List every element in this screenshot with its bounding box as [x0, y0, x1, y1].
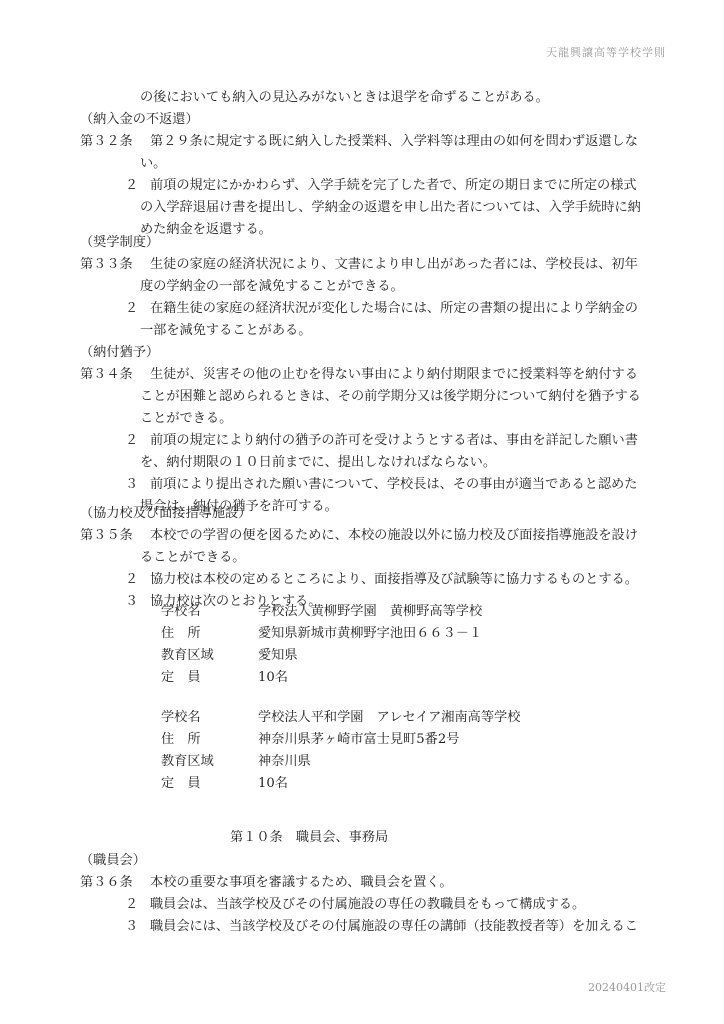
field-label: 学校名 [161, 603, 201, 621]
field-label: 住 所 [161, 625, 201, 643]
article-number: 第３６条 [80, 874, 133, 892]
paragraph-number: ２ [125, 300, 138, 318]
text-line: の後においても納入の見込みがないときは退学を命ずることがある。 [140, 89, 549, 107]
article-caption: （奨学制度） [80, 234, 159, 252]
text-line: ことができる。 [140, 410, 232, 428]
text-line: い。 [140, 155, 166, 173]
text-line: ことが困難と認められるときは、その前学期分又は後学期分について納付を猶予する [140, 388, 641, 406]
paragraph-number: ３ [125, 918, 138, 936]
text-line: ることができる。 [140, 549, 246, 567]
text-line: 職員会は、当該学校及びその付属施設の専任の教職員をもって構成する。 [150, 896, 585, 914]
text-line: 本校の重要な事項を審議するため、職員会を置く。 [150, 874, 453, 892]
article-caption: （職員会） [80, 852, 146, 870]
field-label: 住 所 [161, 731, 201, 749]
field-label: 学校名 [161, 709, 201, 727]
field-value: 10名 [258, 775, 288, 793]
text-line: 職員会には、当該学校及びその付属施設の専任の講師（技能教授者等）を加えるこ [150, 918, 638, 936]
field-value: 10名 [258, 669, 288, 687]
field-label: 教育区域 [161, 753, 214, 771]
field-value: 愛知県 [258, 647, 298, 665]
field-value: 神奈川県茅ヶ崎市富士見町5番2号 [258, 731, 459, 749]
article-caption: （納入金の不返還） [80, 111, 199, 129]
page-footer: 20240401改定 [588, 979, 666, 995]
paragraph-number: ３ [125, 476, 138, 494]
text-line: 度の学納金の一部を減免することができる。 [140, 278, 404, 296]
text-line: 生徒が、災害その他の止むを得ない事由により納付期限までに授業料等を納付する [150, 366, 638, 384]
article-caption: （納付猶予） [80, 344, 159, 362]
text-line: 一部を減免することがある。 [140, 322, 311, 340]
text-line: 前項により提出された願い書について、学校長は、その事由が適当であると認めた [150, 476, 637, 494]
text-line: を、納付期限の１０日前までに、提出しなければならない。 [140, 454, 496, 472]
text-line: 第２９条に規定する既に納入した授業料、入学料等は理由の如何を問わず返還しな [150, 133, 638, 151]
article-number: 第３２条 [80, 133, 133, 151]
paragraph-number: ２ [125, 177, 138, 195]
article-number: 第３４条 [80, 366, 133, 384]
text-line: めた納金を返還する。 [140, 221, 272, 239]
article-number: 第３５条 [80, 527, 133, 545]
text-line: 在籍生徒の家庭の経済状況が変化した場合には、所定の書類の提出により学納金の [150, 300, 638, 318]
text-line: の入学辞退届け書を提出し、学納金の返還を申し出た者については、入学手続時に納 [140, 199, 641, 217]
field-label: 教育区域 [161, 647, 214, 665]
paragraph-number: ３ [125, 593, 138, 611]
field-value: 学校法人平和学園 アレセイア湘南高等学校 [258, 709, 520, 727]
paragraph-number: ２ [125, 571, 138, 589]
field-value: 神奈川県 [258, 753, 311, 771]
field-label: 定 員 [161, 669, 201, 687]
field-value: 学校法人黄柳野学園 黄柳野高等学校 [258, 603, 482, 621]
text-line: 協力校は本校の定めるところにより、面接指導及び試験等に協力するものとする。 [150, 571, 638, 589]
text-line: 前項の規定により納付の猶予の許可を受けようとする者は、事由を詳記した願い書 [150, 432, 638, 450]
text-line: 前項の規定にかかわらず、入学手続を完了した者で、所定の期日までに所定の様式 [150, 177, 637, 195]
text-line: 生徒の家庭の経済状況により、文書により申し出があった者には、学校長は、初年 [150, 256, 638, 274]
text-line: 本校での学習の便を図るために、本校の施設以外に協力校及び面接指導施設を設け [150, 527, 638, 545]
page-header: 天龍興譲高等学校学則 [546, 44, 666, 60]
paragraph-number: ２ [125, 432, 138, 450]
article-caption: （協力校及び面接指導施設） [80, 505, 251, 523]
field-value: 愛知県新城市黄柳野字池田６６３－１ [258, 625, 482, 643]
article-number: 第３３条 [80, 256, 133, 274]
paragraph-number: ２ [125, 896, 138, 914]
chapter-title: 第１０条 職員会、事務局 [230, 829, 388, 847]
field-label: 定 員 [161, 775, 201, 793]
